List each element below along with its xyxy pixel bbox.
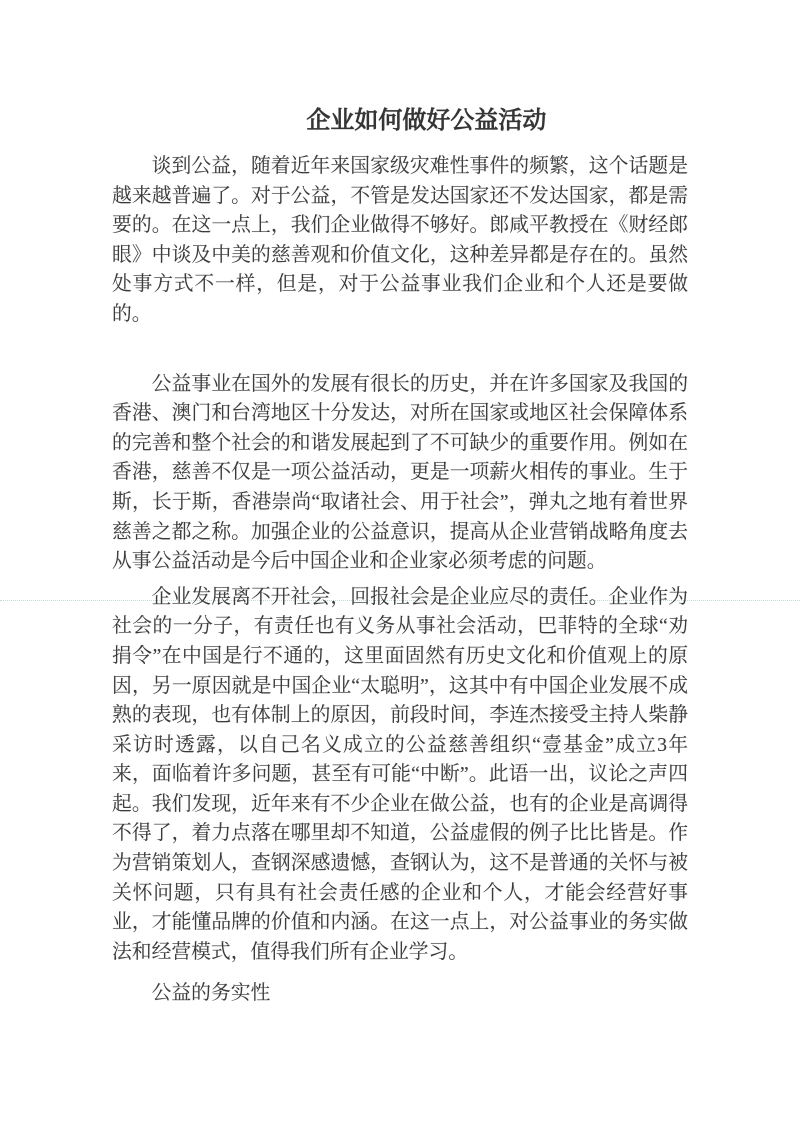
paragraph: 公益事业在国外的发展有很长的历史，并在许多国家及我国的香港、澳门和台湾地区十分发… xyxy=(112,370,688,577)
paragraph: 企业发展离不开社会，回报社会是企业应尽的责任。企业作为社会的一分子，有责任也有义… xyxy=(112,583,688,968)
paragraph: 谈到公益，随着近年来国家级灾难性事件的频繁，这个话题是越来越普遍了。对于公益，不… xyxy=(112,152,688,330)
paragraph: 公益的务实性 xyxy=(112,979,688,1009)
document-title: 企业如何做好公益活动 xyxy=(112,104,688,138)
document-content: 企业如何做好公益活动 谈到公益，随着近年来国家级灾难性事件的频繁，这个话题是越来… xyxy=(112,104,688,1009)
document-page: 企业如何做好公益活动 谈到公益，随着近年来国家级灾难性事件的频繁，这个话题是越来… xyxy=(0,0,800,1132)
